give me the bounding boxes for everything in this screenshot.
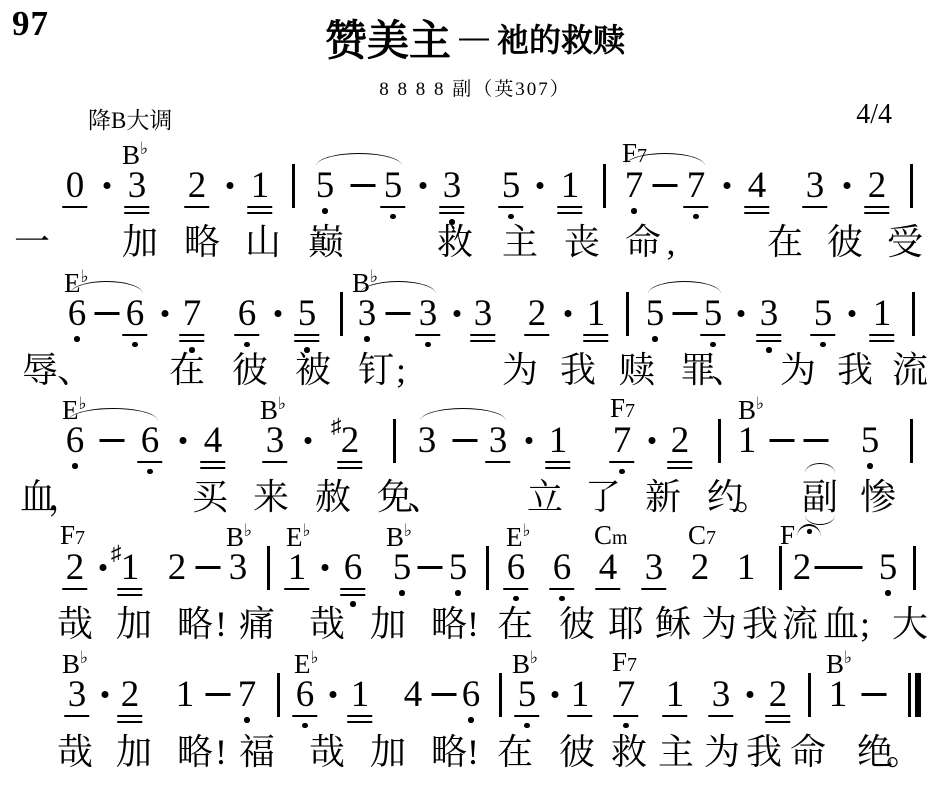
beam-underline	[293, 715, 318, 717]
lyric-char: !	[215, 604, 227, 644]
note-6: 6	[344, 549, 363, 586]
final-bar-thin	[908, 673, 911, 717]
note-digit: 1	[121, 549, 140, 586]
note-4: 4	[599, 549, 618, 586]
note-digit: 1	[666, 676, 685, 713]
flat-icon: ♭	[756, 394, 764, 413]
beam-underline	[138, 461, 163, 463]
beam-underline	[546, 461, 571, 463]
beam-underline	[870, 334, 895, 336]
note-5: 5	[384, 167, 403, 204]
lyric-char: !	[467, 732, 479, 772]
beam-underline	[248, 212, 273, 214]
note-3: 3	[128, 167, 147, 204]
beam-underline	[550, 588, 575, 590]
note-5: 5	[316, 167, 335, 204]
octave-dot	[710, 342, 716, 348]
chord-label: Cm	[594, 522, 628, 549]
note-6: 6	[66, 422, 85, 459]
beam-underline	[663, 715, 688, 717]
chord-root: F	[780, 520, 795, 550]
beam-underline	[568, 715, 593, 717]
note-digit: 7	[617, 676, 636, 713]
lyric-char: 加	[122, 222, 158, 262]
lyric-char: 哉	[57, 732, 93, 772]
beam-underline	[348, 721, 373, 723]
note-3: 3	[229, 549, 248, 586]
note-3: 3	[418, 422, 437, 459]
lyric-char: 被	[295, 350, 331, 390]
note-3: 3	[68, 676, 87, 713]
lyric-char: 辱	[22, 350, 58, 390]
note-3: 3	[358, 295, 377, 332]
note-digit: 5	[861, 422, 880, 459]
note-5: 5	[393, 549, 412, 586]
lyric-char: 赎	[619, 350, 655, 390]
octave-dot	[399, 590, 405, 596]
note-2: 2	[691, 549, 710, 586]
beam-underline	[596, 588, 621, 590]
lyric-char: 略	[177, 604, 213, 644]
note-digit: 3	[229, 549, 248, 586]
beam-underline	[525, 334, 550, 336]
beam-underline	[338, 461, 363, 463]
augmentation-dot	[102, 691, 109, 698]
refrain-bracket-top	[805, 463, 835, 473]
note-7: 7	[238, 676, 257, 713]
note-digit: 1	[176, 676, 195, 713]
duration-dash	[351, 184, 376, 187]
augmentation-dot	[552, 691, 559, 698]
note-digit: 5	[704, 295, 723, 332]
lyric-char: 主	[502, 222, 538, 262]
augmentation-dot	[526, 437, 533, 444]
lyric-char: 我	[742, 604, 778, 644]
lyric-char: !	[467, 604, 479, 644]
note-digit: 1	[737, 549, 756, 586]
beam-underline	[701, 334, 726, 336]
barline	[603, 164, 606, 208]
note-digit: 3	[266, 422, 285, 459]
octave-dot	[619, 469, 625, 475]
note-1: 1	[549, 422, 568, 459]
note-digit: 7	[183, 295, 202, 332]
note-digit: 5	[393, 549, 412, 586]
augmentation-dot	[100, 564, 107, 571]
lyric-char: 加	[370, 604, 406, 644]
chord-root: C	[688, 520, 706, 550]
note-7: 7	[687, 167, 706, 204]
lyric-char: 血	[823, 604, 859, 644]
chord-extension: 7	[627, 654, 637, 676]
augmentation-dot	[104, 182, 111, 189]
note-2: 2	[528, 295, 547, 332]
octave-dot	[623, 723, 629, 729]
note-1: 1	[561, 167, 580, 204]
note-1: ♯1	[121, 549, 140, 586]
augmentation-dot	[420, 182, 427, 189]
lyric-char: 赦	[315, 477, 351, 517]
octave-dot	[693, 214, 699, 220]
chord-extension: m	[612, 527, 628, 549]
beam-underline	[610, 461, 635, 463]
hymn-page: 97 赞美主—祂的救赎 8 8 8 8 副（英307） 降B大调 4/4 B♭F…	[0, 0, 950, 792]
beam-underline	[642, 588, 667, 590]
note-digit: 6	[553, 549, 572, 586]
octave-dot	[74, 336, 80, 342]
lyric-char: ;	[860, 604, 870, 644]
octave-dot	[559, 596, 565, 602]
note-3: 3	[443, 167, 462, 204]
note-5: 5	[646, 295, 665, 332]
note-digit: 1	[829, 676, 848, 713]
beam-underline	[118, 715, 143, 717]
note-digit: 5	[879, 549, 898, 586]
note-digit: 1	[288, 549, 307, 586]
note-digit: 6	[68, 295, 87, 332]
beam-underline	[584, 340, 609, 342]
lyric-char: 为	[701, 604, 737, 644]
octave-dot	[820, 342, 826, 348]
note-1: 1	[737, 549, 756, 586]
lyric-char: 耶	[608, 604, 644, 644]
note-digit: 5	[449, 549, 468, 586]
duration-dash	[196, 566, 221, 569]
barline	[779, 546, 782, 590]
note-digit: 1	[738, 422, 757, 459]
augmentation-dot	[537, 182, 544, 189]
lyric-char: 、	[408, 477, 444, 517]
note-digit: 7	[687, 167, 706, 204]
note-digit: 2	[769, 676, 788, 713]
note-digit: 6	[344, 549, 363, 586]
note-digit: 1	[561, 167, 580, 204]
note-1: 1	[587, 295, 606, 332]
chord-label: C7	[688, 522, 716, 549]
note-1: 1	[251, 167, 270, 204]
beam-underline	[65, 715, 90, 717]
beam-underline	[803, 206, 828, 208]
beam-underline	[745, 206, 770, 208]
note-digit: 1	[873, 295, 892, 332]
beam-underline	[341, 594, 366, 596]
lyric-char: 为	[780, 350, 816, 390]
lyric-char: 救	[437, 222, 473, 262]
note-7: 7	[183, 295, 202, 332]
note-digit: 3	[68, 676, 87, 713]
augmentation-dot	[649, 437, 656, 444]
chord-extension: 7	[625, 400, 635, 422]
beam-underline	[757, 334, 782, 336]
lyric-char: 流	[892, 350, 928, 390]
augmentation-dot	[844, 182, 851, 189]
barline	[626, 292, 629, 336]
note-3: 3	[489, 422, 508, 459]
lyric-char: 略	[431, 604, 467, 644]
duration-dash	[815, 566, 840, 569]
note-5: 5	[502, 167, 521, 204]
note-digit: 3	[443, 167, 462, 204]
score: B♭F703215535177432一加略山巅救主丧命,在彼受E♭B♭66765…	[0, 0, 950, 792]
lyric-char: 命	[625, 222, 661, 262]
lyric-char: 流	[782, 604, 818, 644]
note-digit: 2	[66, 549, 85, 586]
note-digit: 3	[418, 422, 437, 459]
beam-underline	[341, 588, 366, 590]
note-digit: 3	[645, 549, 664, 586]
augmentation-dot	[227, 182, 234, 189]
beam-underline	[185, 206, 210, 208]
duration-dash	[386, 312, 411, 315]
beam-underline	[338, 467, 363, 469]
lyric-char: 为	[704, 732, 740, 772]
augmentation-dot	[330, 691, 337, 698]
duration-dash	[673, 312, 698, 315]
lyric-char: 、	[711, 350, 747, 390]
chord-label: F7	[612, 649, 637, 676]
lyric-char: 略	[177, 732, 213, 772]
chord-extension: 7	[706, 527, 716, 549]
lyric-char: 惨	[860, 477, 896, 517]
note-5: 5	[518, 676, 537, 713]
chord-root: F	[60, 520, 75, 550]
note-digit: 1	[571, 676, 590, 713]
beam-underline	[123, 334, 148, 336]
beam-underline	[295, 340, 320, 342]
chord-label: F	[780, 522, 821, 549]
octave-dot	[302, 723, 308, 729]
beam-underline	[766, 721, 791, 723]
note-2: 2	[868, 167, 887, 204]
lyric-char: 来	[253, 477, 289, 517]
note-digit: 6	[238, 295, 257, 332]
lyric-char: 、	[57, 350, 93, 390]
note-digit: 6	[141, 422, 160, 459]
note-5: 5	[449, 549, 468, 586]
note-3: 3	[645, 549, 664, 586]
note-digit: 5	[298, 295, 317, 332]
octave-dot	[867, 463, 873, 469]
lyric-char: 哉	[309, 604, 345, 644]
lyric-char: ，	[48, 477, 84, 517]
barline	[292, 164, 295, 208]
duration-dash	[100, 439, 125, 442]
note-digit: 6	[296, 676, 315, 713]
lyric-char: 。	[735, 477, 771, 517]
note-digit: 2	[188, 167, 207, 204]
barline	[718, 419, 721, 463]
lyric-char: 我	[746, 732, 782, 772]
lyric-char: 我	[560, 350, 596, 390]
duration-dash	[770, 439, 795, 442]
note-digit: 6	[66, 422, 85, 459]
flat-icon: ♭	[523, 521, 531, 540]
flat-icon: ♭	[311, 648, 319, 667]
note-5: 5	[879, 549, 898, 586]
note-2: 2	[66, 549, 85, 586]
note-3: 3	[806, 167, 825, 204]
note-digit: 7	[238, 676, 257, 713]
note-1: 1	[873, 295, 892, 332]
note-digit: 0	[66, 167, 85, 204]
beam-underline	[870, 340, 895, 342]
note-2: 2	[121, 676, 140, 713]
note-6: 6	[126, 295, 145, 332]
beam-underline	[668, 461, 693, 463]
flat-icon: ♭	[140, 139, 148, 158]
note-2: 2	[168, 549, 187, 586]
note-6: 6	[296, 676, 315, 713]
augmentation-dot	[275, 310, 282, 317]
note-digit: 7	[613, 422, 632, 459]
lyric-char: 新	[645, 477, 681, 517]
octave-dot	[455, 590, 461, 596]
octave-dot	[631, 208, 637, 214]
note-0: 0	[66, 167, 85, 204]
note-digit: 1	[549, 422, 568, 459]
note-2: 2	[769, 676, 788, 713]
duration-dash	[418, 566, 443, 569]
augmentation-dot	[454, 310, 461, 317]
duration-dash	[862, 693, 887, 696]
note-digit: 5	[646, 295, 665, 332]
beam-underline	[766, 715, 791, 717]
octave-dot	[766, 347, 772, 353]
augmentation-dot	[180, 437, 187, 444]
chord-root: F	[612, 647, 627, 677]
barline	[913, 546, 916, 590]
note-digit: 2	[528, 295, 547, 332]
beam-underline	[745, 212, 770, 214]
note-digit: 5	[502, 167, 521, 204]
chord-label: F7	[610, 395, 635, 422]
note-5: 5	[861, 422, 880, 459]
augmentation-dot	[747, 691, 754, 698]
beam-underline	[546, 467, 571, 469]
lyric-char: 巅	[308, 222, 344, 262]
duration-dash	[432, 693, 457, 696]
flat-icon: ♭	[244, 521, 252, 540]
note-digit: 2	[691, 549, 710, 586]
beam-underline	[201, 467, 226, 469]
beam-underline	[440, 206, 465, 208]
note-5: 5	[704, 295, 723, 332]
beam-underline	[504, 588, 529, 590]
note-7: 7	[625, 167, 644, 204]
lyric-char: 副	[802, 477, 838, 517]
augmentation-dot	[724, 182, 731, 189]
augmentation-dot	[738, 310, 745, 317]
note-1: 1	[666, 676, 685, 713]
lyric-char: 哉	[57, 604, 93, 644]
lyric-char: 稣	[655, 604, 691, 644]
note-digit: 5	[518, 676, 537, 713]
beam-underline	[295, 334, 320, 336]
note-digit: 2	[168, 549, 187, 586]
note-6: 6	[507, 549, 526, 586]
lyric-char: ,	[667, 222, 676, 262]
beam-underline	[63, 588, 88, 590]
final-bar-thick	[915, 673, 921, 717]
lyric-char: 受	[887, 222, 923, 262]
lyric-char: 钉	[358, 350, 394, 390]
lyric-char: 在	[767, 222, 803, 262]
note-digit: 4	[204, 422, 223, 459]
note-digit: 6	[507, 549, 526, 586]
chord-label: F7	[60, 522, 85, 549]
octave-dot	[147, 469, 153, 475]
beam-underline	[486, 461, 511, 463]
note-digit: 4	[748, 167, 767, 204]
barline	[912, 292, 915, 336]
lyric-char: 哉	[309, 732, 345, 772]
barline	[267, 546, 270, 590]
beam-underline	[263, 461, 288, 463]
beam-underline	[811, 334, 836, 336]
barline	[393, 419, 396, 463]
octave-dot	[508, 214, 514, 220]
beam-underline	[684, 206, 709, 208]
note-4: 4	[404, 676, 423, 713]
lyric-char: 丧	[564, 222, 600, 262]
flat-icon: ♭	[530, 648, 538, 667]
chord-root: C	[594, 520, 612, 550]
beam-underline	[248, 206, 273, 208]
augmentation-dot	[322, 564, 329, 571]
note-3: 3	[760, 295, 779, 332]
octave-dot	[524, 723, 530, 729]
note-2: 2	[793, 549, 812, 586]
beam-underline	[118, 594, 143, 596]
beam-underline	[180, 334, 205, 336]
note-digit: 3	[358, 295, 377, 332]
octave-dot	[652, 336, 658, 342]
augmentation-dot	[162, 310, 169, 317]
note-digit: 1	[587, 295, 606, 332]
beam-underline	[235, 334, 260, 336]
lyric-char: 在	[497, 604, 533, 644]
note-digit: 1	[251, 167, 270, 204]
note-2: 2	[188, 167, 207, 204]
note-digit: 2	[671, 422, 690, 459]
lyric-char: !	[215, 732, 227, 772]
beam-underline	[125, 206, 150, 208]
note-7: 7	[613, 422, 632, 459]
beam-underline	[201, 461, 226, 463]
note-digit: 2	[341, 422, 360, 459]
note-1: 1	[351, 676, 370, 713]
octave-dot	[132, 342, 138, 348]
beam-underline	[440, 212, 465, 214]
note-digit: 3	[128, 167, 147, 204]
duration-dash	[838, 566, 863, 569]
beam-underline	[180, 340, 205, 342]
duration-dash	[95, 312, 120, 315]
duration-dash	[653, 184, 678, 187]
lyric-char: 彼	[827, 222, 863, 262]
barline	[277, 673, 280, 717]
lyric-char: 立	[527, 477, 563, 517]
beam-underline	[471, 340, 496, 342]
octave-dot	[322, 208, 328, 214]
beam-underline	[348, 715, 373, 717]
note-digit: 5	[384, 167, 403, 204]
lyric-char: 为	[502, 350, 538, 390]
octave-dot	[364, 336, 370, 342]
lyric-char: 大	[892, 604, 928, 644]
barline	[340, 292, 343, 336]
barline	[910, 164, 913, 208]
